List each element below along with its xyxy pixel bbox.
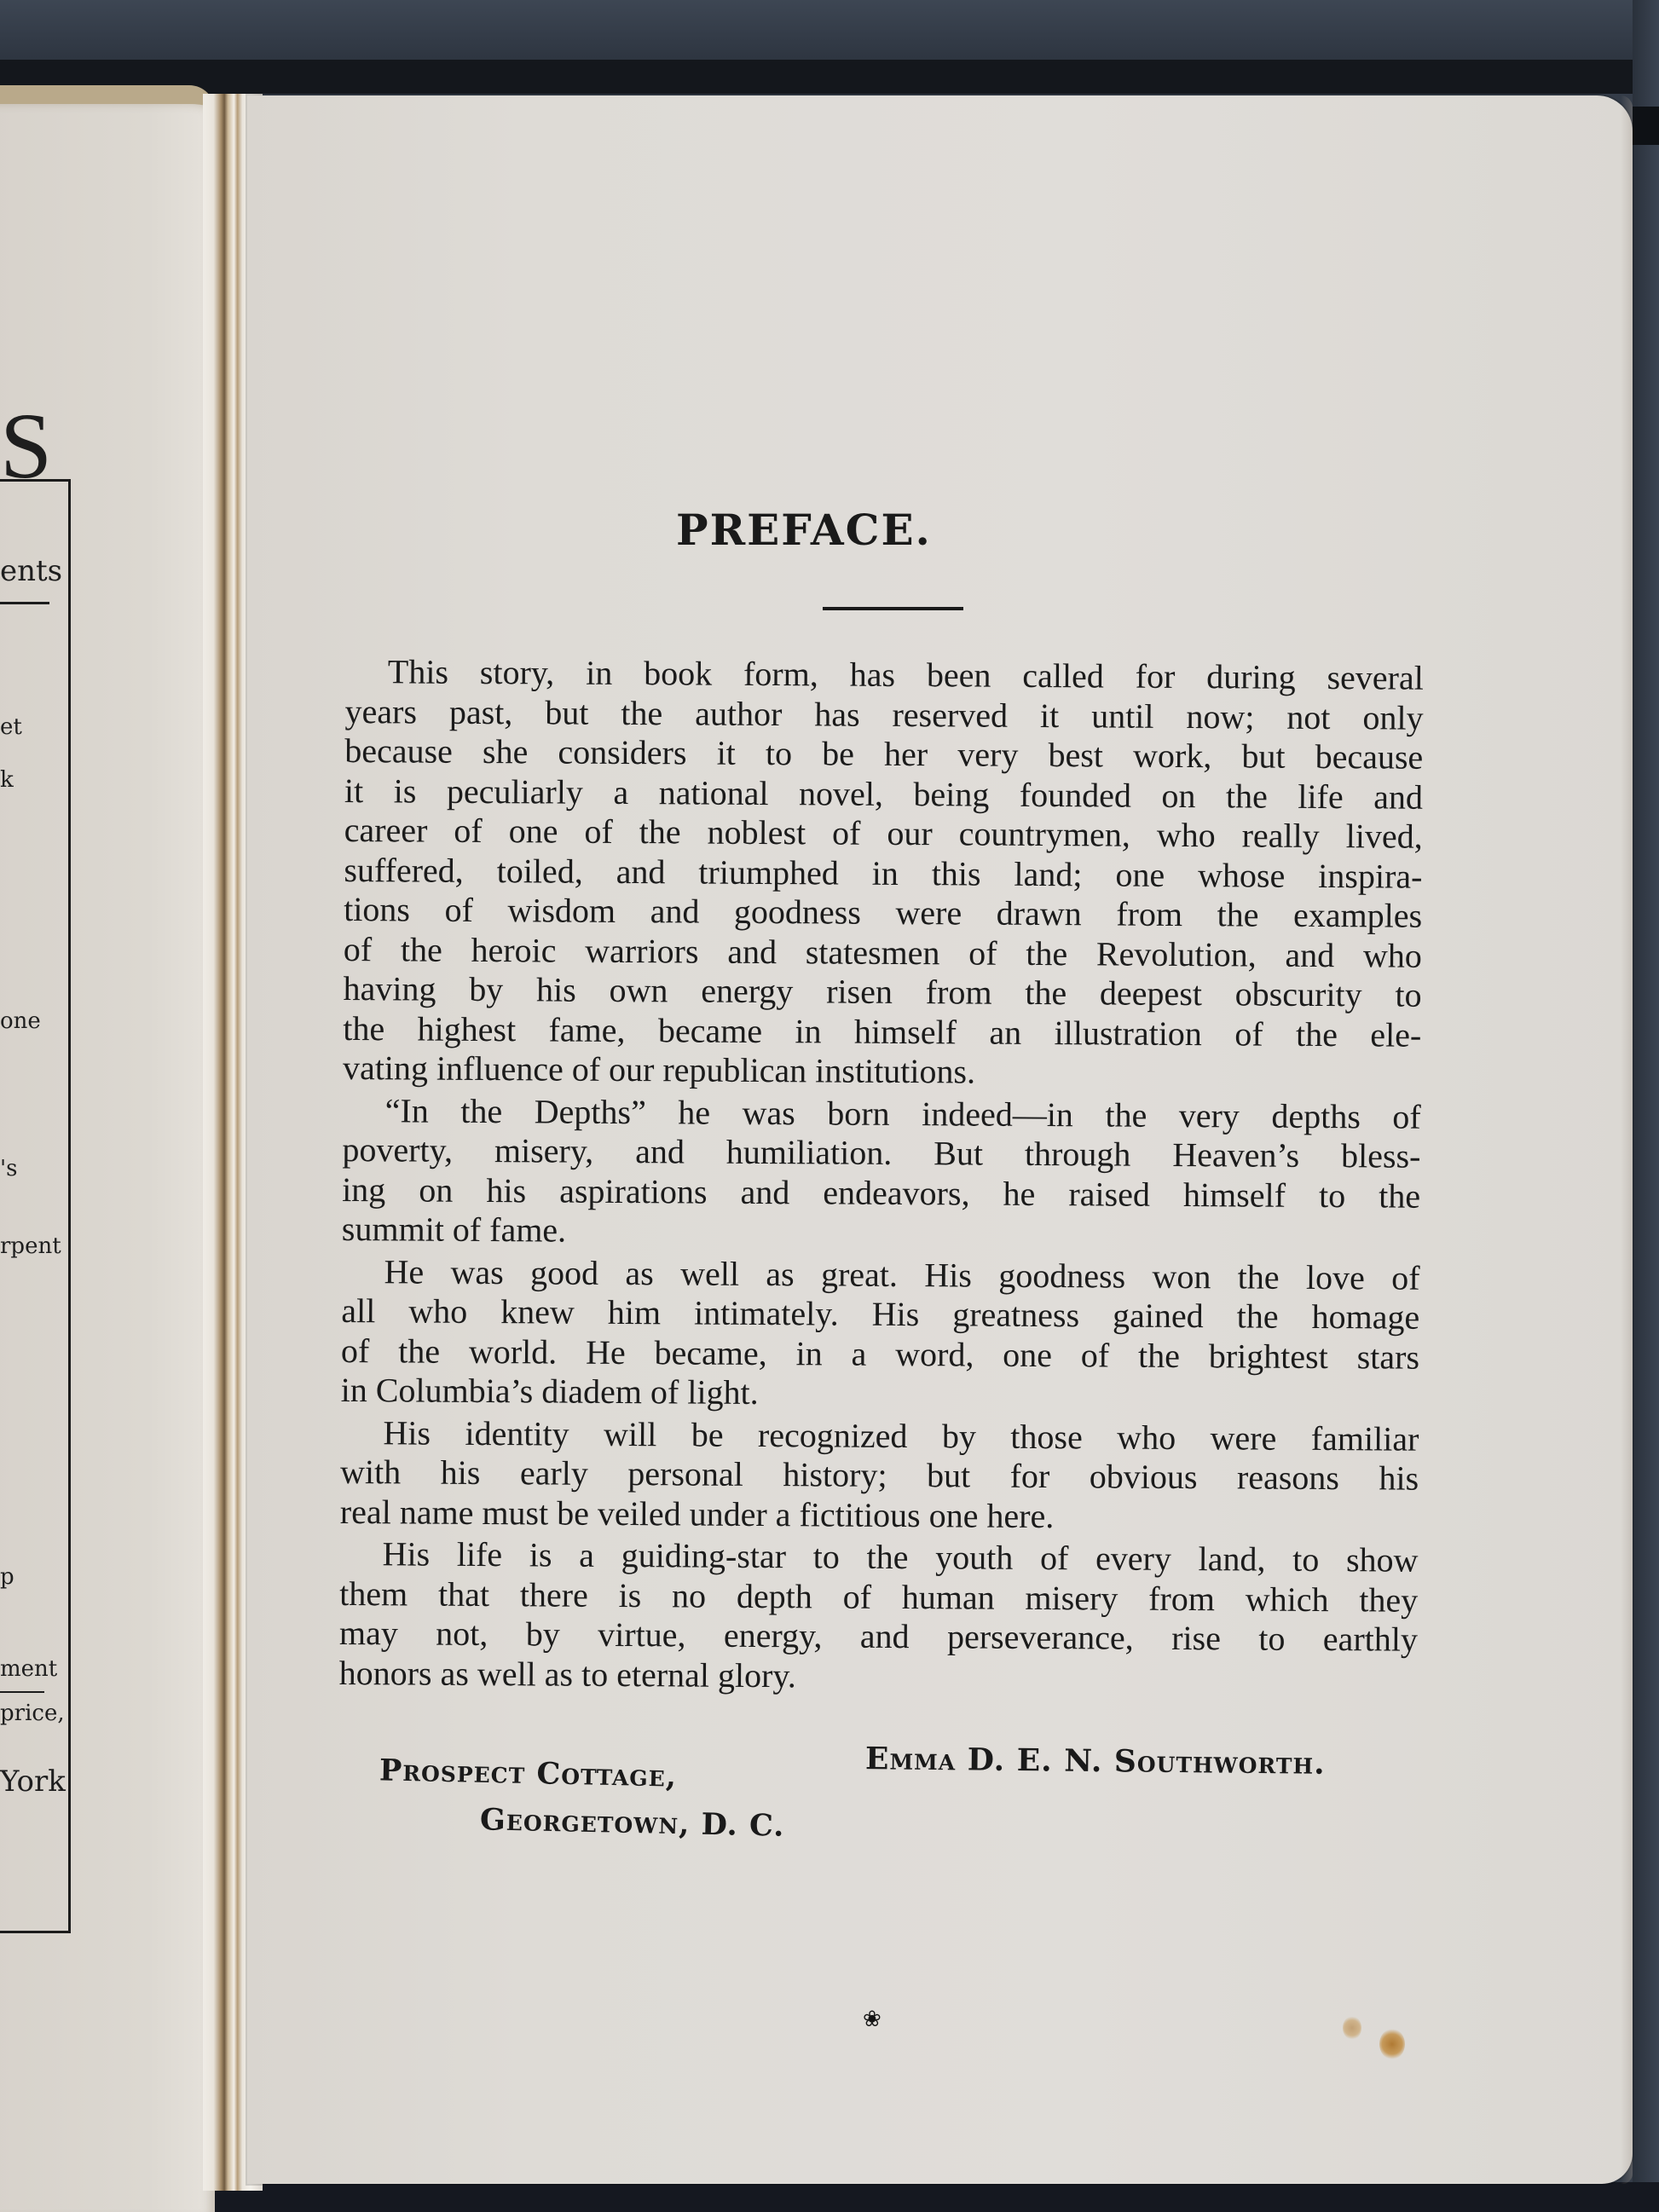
- text-line: all who knew him intimately. His greatne…: [341, 1291, 1419, 1337]
- text-line: “In the Depths” he was born indeed—in th…: [343, 1090, 1421, 1136]
- text-line: tions of wisdom and goodness were drawn …: [344, 890, 1422, 936]
- text-line: in Columbia’s diadem of light.: [341, 1371, 1419, 1417]
- paragraph-4: His identity will be recognized by those…: [340, 1412, 1419, 1538]
- text-line: real name must be veiled under a fictiti…: [340, 1492, 1419, 1538]
- fragment-text: one: [0, 1008, 41, 1034]
- table-gap: [0, 60, 1659, 94]
- fragment-subheading: ents: [0, 554, 62, 588]
- text-line: years past, but the author has reserved …: [344, 691, 1423, 737]
- address-line-1: Prospect Cottage,: [379, 1753, 678, 1793]
- fragment-rule: [0, 602, 49, 604]
- text-line: the highest fame, became in himself an i…: [343, 1008, 1421, 1054]
- text-line: poverty, misery, and humiliation. But th…: [342, 1130, 1420, 1176]
- paragraph-2: “In the Depths” he was born indeed—in th…: [342, 1090, 1421, 1256]
- text-line: of the heroic warriors and statesmen of …: [344, 929, 1422, 975]
- text-line: having by his own energy risen from the …: [343, 969, 1421, 1015]
- fragment-text: et: [0, 714, 22, 740]
- text-line: honors as well as to eternal glory.: [339, 1653, 1418, 1699]
- fragment-text: p: [0, 1564, 14, 1590]
- address-line-2: Georgetown, D. C.: [480, 1802, 785, 1843]
- text-line: it is peculiarly a national novel, being…: [344, 771, 1423, 817]
- page-title: PREFACE.: [0, 505, 1633, 555]
- paragraph-3: He was good as well as great. His goodne…: [341, 1251, 1420, 1417]
- text-line: vating influence of our republican insti…: [343, 1048, 1421, 1094]
- wood-background-right: [1633, 0, 1659, 2212]
- table-gap-right: [1633, 107, 1659, 145]
- text-line: career of one of the noblest of our coun…: [344, 811, 1423, 857]
- fragment-text: York: [0, 1764, 66, 1799]
- text-line: His life is a guiding-star to the youth …: [339, 1534, 1418, 1580]
- foxing-stain: [1379, 2029, 1405, 2059]
- text-line: because she considers it to be her very …: [344, 731, 1423, 777]
- text-line: He was good as well as great. His goodne…: [341, 1251, 1419, 1297]
- foxing-stain: [1343, 2016, 1361, 2040]
- text-line: ing on his aspirations and endeavors, he…: [342, 1170, 1420, 1216]
- fragment-text: price,: [0, 1701, 65, 1726]
- text-line: may not, by virtue, energy, and persever…: [339, 1614, 1418, 1660]
- title-rule: [823, 607, 963, 610]
- text-line: His identity will be recognized by those…: [340, 1412, 1419, 1458]
- fragment-text: k: [0, 767, 14, 793]
- fragment-text: rpent: [0, 1233, 61, 1259]
- paragraph-1: This story, in book form, has been calle…: [343, 652, 1424, 1094]
- preface-body: This story, in book form, has been calle…: [339, 652, 1424, 1700]
- fragment-text: 's: [0, 1156, 18, 1181]
- text-line: them that there is no depth of human mis…: [339, 1574, 1418, 1620]
- page-ornament-icon: ❀: [863, 2008, 882, 2030]
- fragment-rule: [0, 1691, 44, 1693]
- text-line: of the world. He became, in a word, one …: [341, 1331, 1419, 1377]
- text-line: This story, in book form, has been calle…: [345, 652, 1424, 698]
- fragment-heading: S: [0, 392, 52, 500]
- fragment-text: ment: [0, 1656, 57, 1682]
- text-line: suffered, toiled, and triumphed in this …: [344, 850, 1422, 896]
- paragraph-5: His life is a guiding-star to the youth …: [339, 1534, 1419, 1700]
- text-line: summit of fame.: [342, 1210, 1420, 1256]
- text-line: with his early personal history; but for…: [340, 1453, 1419, 1499]
- author-signature: Emma D. E. N. Southworth.: [865, 1741, 1326, 1782]
